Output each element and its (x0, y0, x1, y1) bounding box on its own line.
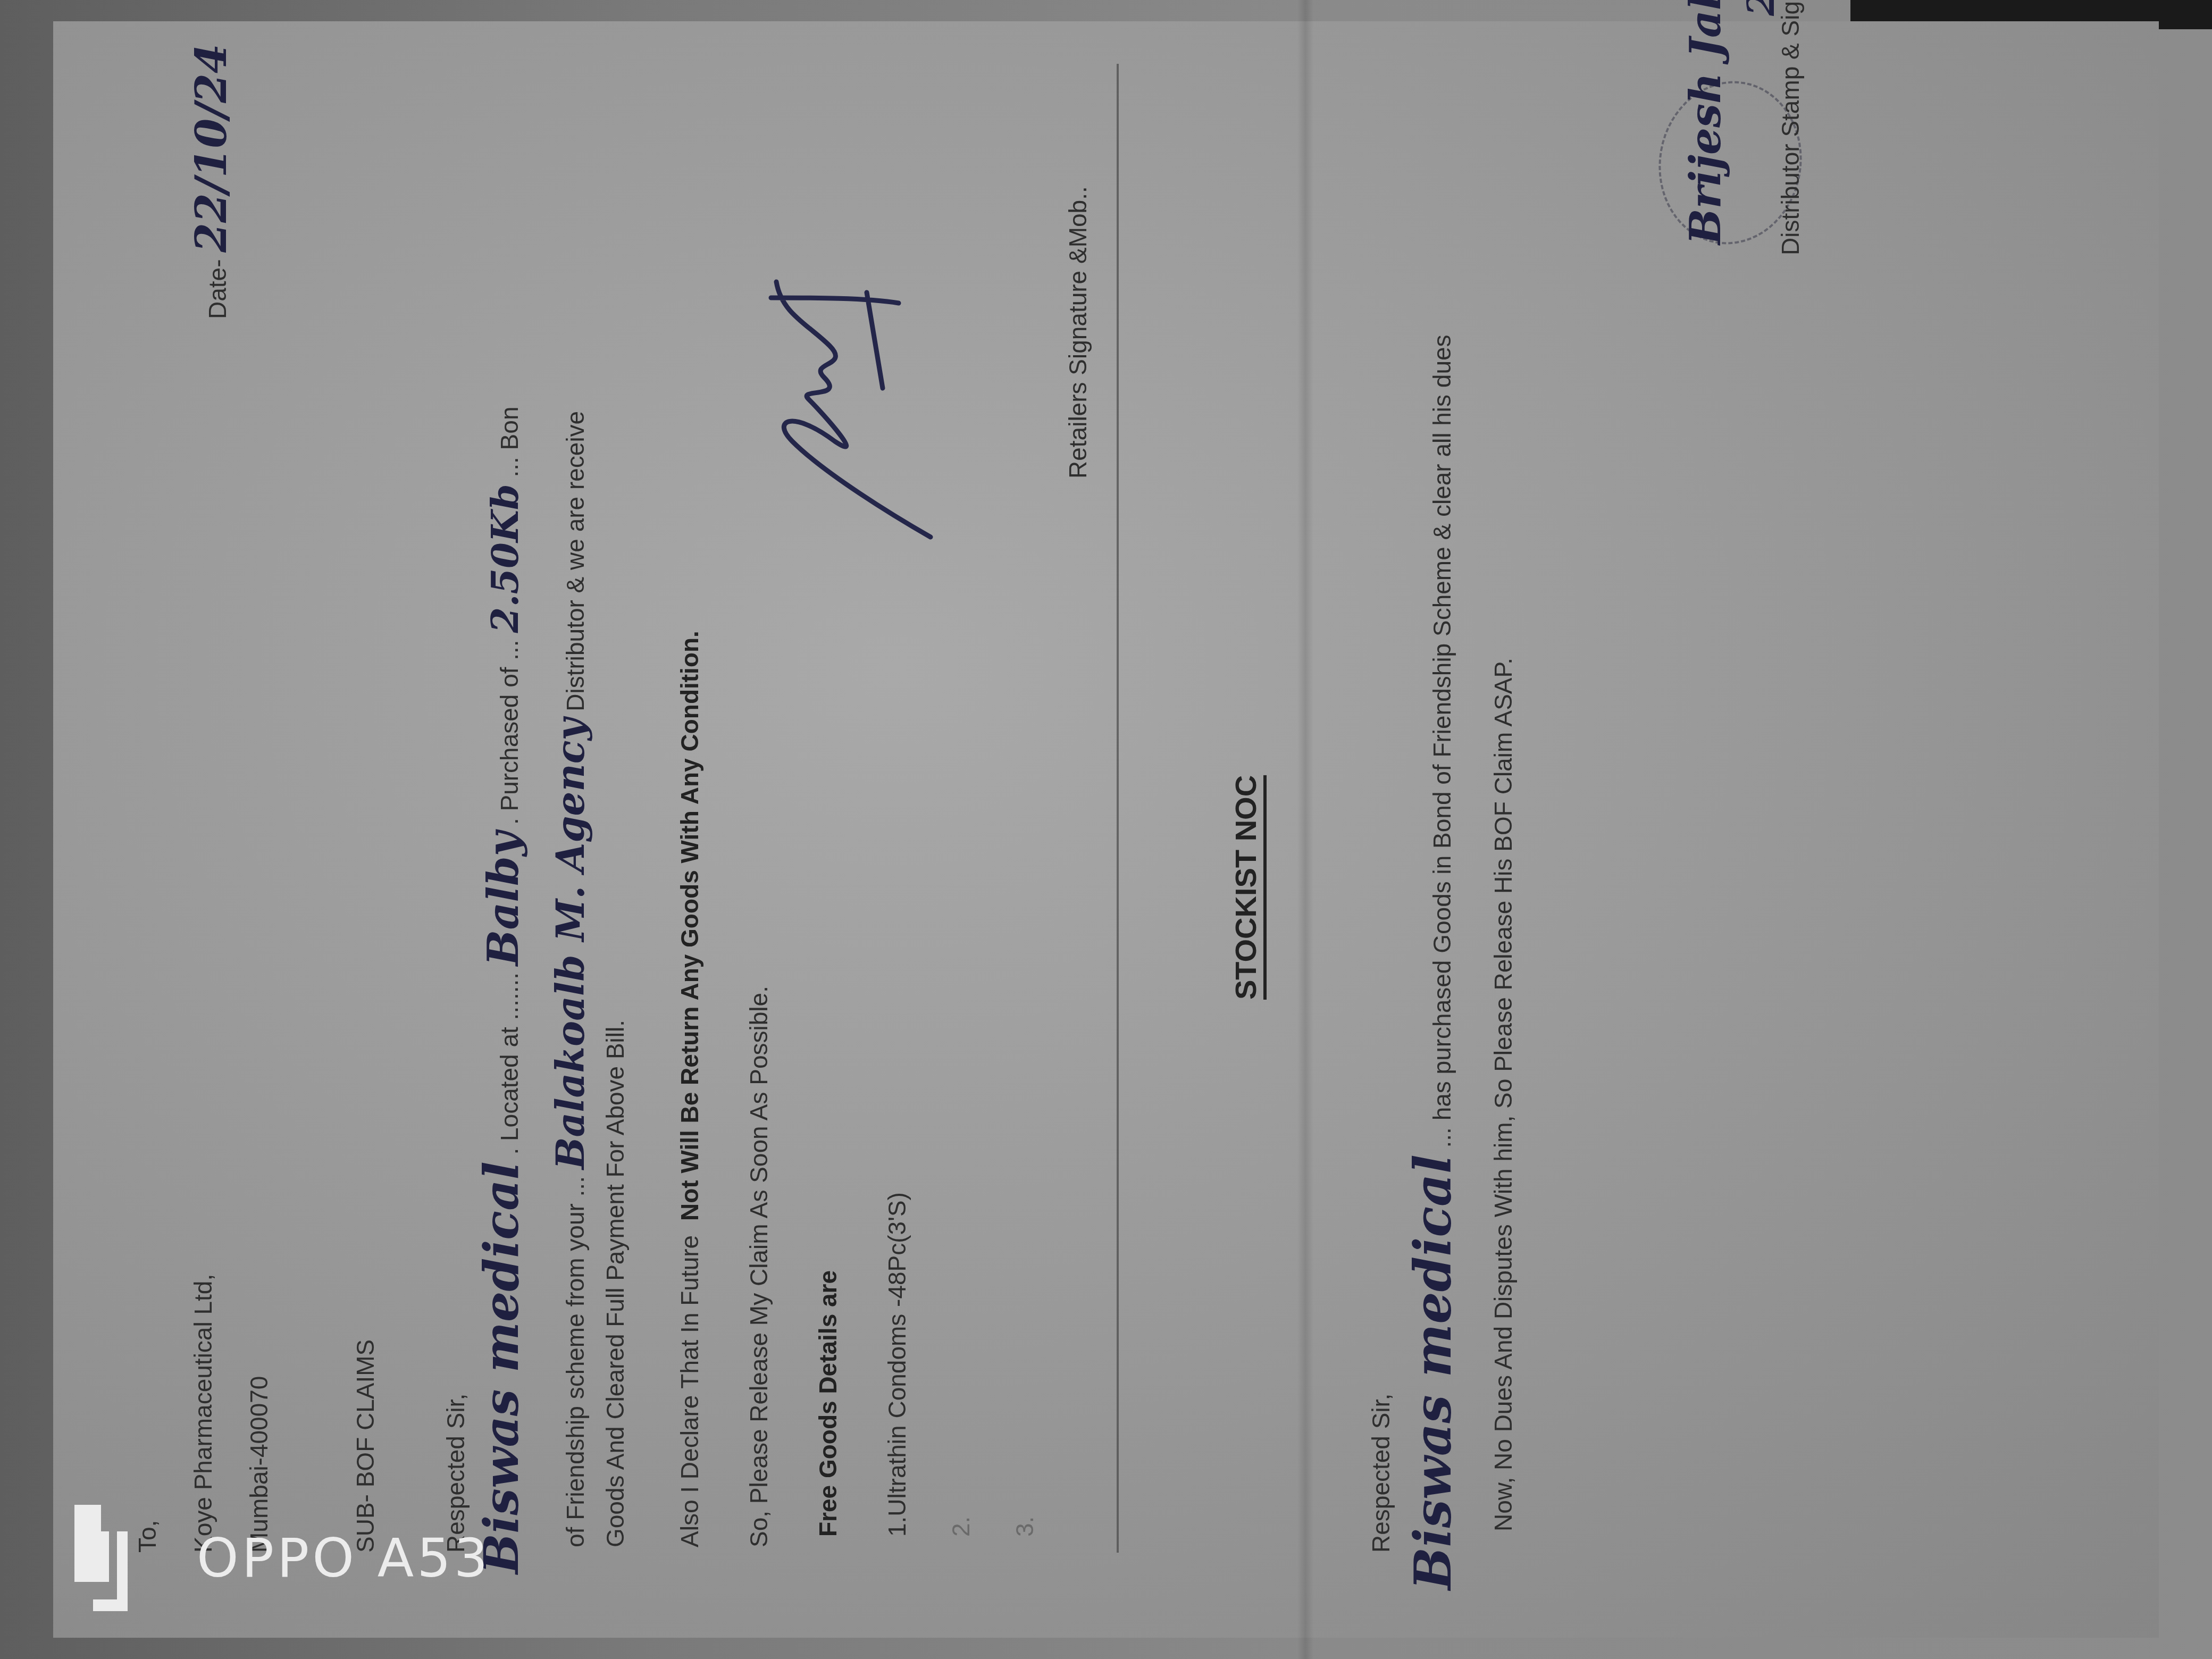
noc-paragraph-line-1: Biswas medical ... has purchased Goods i… (1404, 334, 1463, 1590)
declaration-bold-text: Not Will Be Return Any Goods With Any Co… (676, 631, 703, 1221)
date-label: Date- (204, 259, 231, 319)
date-field: Date- 22/10/24 (186, 44, 236, 319)
release-request: So, Please Release My Claim As Soon As P… (744, 986, 773, 1547)
retailer-signature (760, 271, 941, 548)
camera-watermark: OPPO A53 (74, 1505, 491, 1611)
retailer-signature-label: Retailers Signature &Mob.. (1063, 186, 1092, 479)
camera-model: OPPO A53 (197, 1527, 491, 1589)
line1-end-text: ... Bon (496, 407, 523, 477)
paragraph-line-3: Goods And Cleared Full Payment For Above… (601, 1020, 630, 1547)
amount-handwritten: 2.50Kb (483, 484, 527, 633)
camera-logo-icon (74, 1505, 144, 1611)
section-divider (1117, 64, 1119, 1553)
location-handwritten: Balby (478, 832, 528, 966)
noc-salutation: Respected Sir, (1367, 1394, 1395, 1553)
noc-paragraph-line-2: Now, No Dues And Disputes With him, So P… (1489, 658, 1518, 1531)
paragraph-line-1: Biswas medical . Located at ....... Balb… (473, 407, 530, 1574)
free-goods-item-3: 3. (1010, 1516, 1039, 1537)
paper-fold (1297, 0, 1313, 1659)
noc-line-1-text: ... has purchased Goods in Bond of Frien… (1428, 334, 1456, 1147)
paragraph-line-2: of Friendship scheme from your ... Balak… (548, 411, 593, 1547)
distributor-signature-handwritten: Brijesh Jalda (1680, 0, 1730, 245)
distributor-handwritten: Balakoalb M. Agency (548, 718, 593, 1170)
free-goods-item-2: 2. (946, 1516, 975, 1537)
document-page: To, Koye Pharmaceutical Ltd, Mumbai-4000… (53, 21, 2159, 1638)
distributor-signature-label: Distributor Stamp & Signature (1776, 0, 1805, 255)
purchased-of-text: . Purchased of ... (496, 640, 523, 825)
date-value: 22/10/24 (186, 44, 236, 252)
declaration: Also I Declare That In Future Not Will B… (675, 631, 704, 1547)
free-goods-item-1: 1.Ultrathin Condoms -48Pc(3'S) (883, 1192, 911, 1537)
scheme-text: of Friendship scheme from your ... (562, 1176, 589, 1547)
noc-title: STOCKIST NOC (1228, 775, 1263, 1000)
declaration-text: Also I Declare That In Future (676, 1235, 703, 1547)
located-at-text: . Located at ....... (496, 973, 523, 1155)
noc-retailer-name-handwritten: Biswas medical (1404, 1154, 1463, 1590)
distributor-text: Distributor & we are receive (562, 411, 589, 711)
free-goods-heading: Free Goods Details are (814, 1270, 842, 1537)
